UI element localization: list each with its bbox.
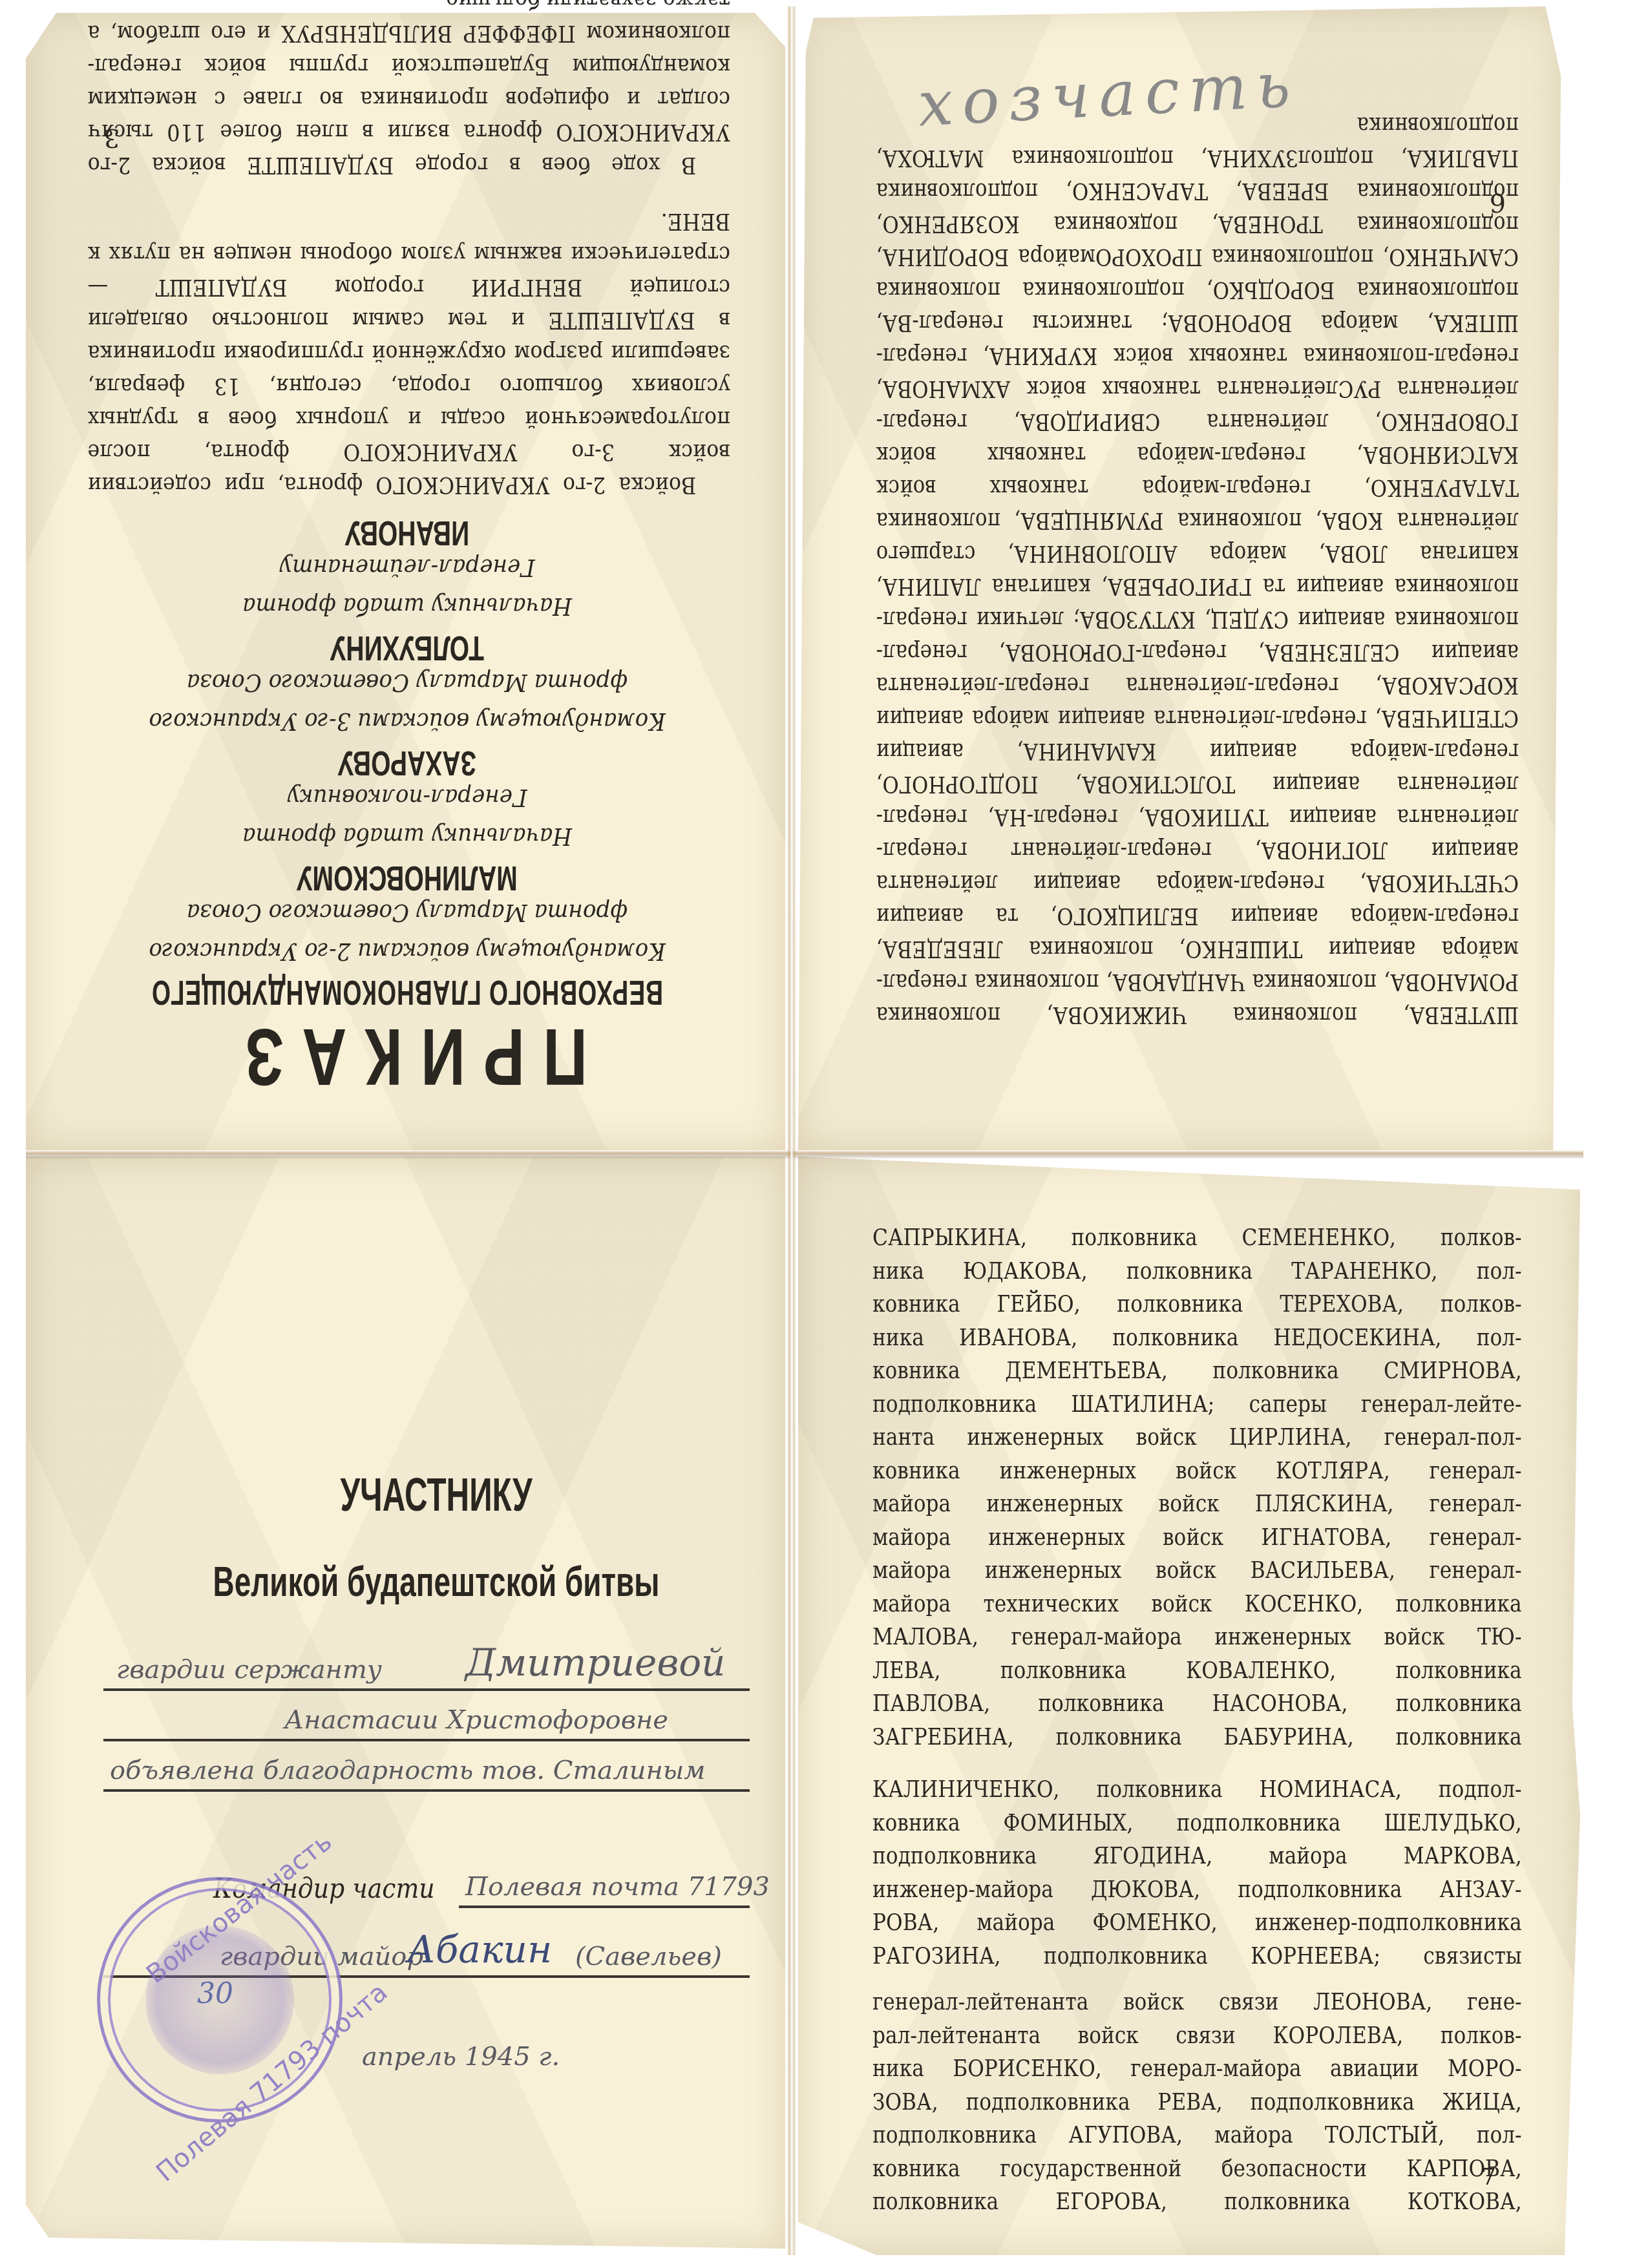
recipient-line-1: гвардии сержанту Дмитриевой: [103, 1641, 750, 1691]
order-title: ПРИКАЗ: [84, 1011, 730, 1103]
addressee-line: Командующему войсками 3-го Украинского: [116, 707, 698, 737]
official-stamp: Войсковая часть Полевая 71793 почта 30: [97, 1877, 343, 2123]
commander-underline: [459, 1906, 750, 1908]
addressee-line: фронта Маршалу Советского Союза: [116, 898, 698, 928]
addressee-line: Командующему войсками 2-го Украинского: [116, 937, 698, 967]
page-number: 3: [103, 123, 120, 152]
names-line: МАЛОВА, генерал-майора инженерных войск …: [872, 1621, 1522, 1654]
names-line: РАГОЗИНА, подполковника КОРНЕЕВА; связис…: [872, 1940, 1522, 1973]
addressee-block: Начальнику штаба фронта Генерал-лейтенан…: [84, 516, 730, 622]
names-line: ника БОРИСЕНКО, генерал-майора авиации М…: [872, 2052, 1522, 2086]
addressee-block: Командующему войсками 3-го Украинского ф…: [84, 631, 730, 737]
names-panel: САПРЫКИНА, полковника СЕМЕНЕНКО, полков-…: [872, 1221, 1522, 2229]
names-line: майора инженерных войск ИГНАТОВА, генера…: [872, 1521, 1522, 1555]
names-line: ЗОВА, подполковника РЕВА, подполковника …: [872, 2086, 1522, 2119]
names-line: КАЛИНИЧЕНКО, полковника НОМИНАСА, подпол…: [872, 1773, 1522, 1807]
names-line: ЛЕВА, полковника КОВАЛЕНКО, полковника: [872, 1654, 1522, 1688]
certificate-subheading: Великой будапештской битвы: [148, 1558, 725, 1606]
names-line: подполковника ЯГОДИНА, майора МАРКОВА,: [872, 1840, 1522, 1873]
addressee-line: фронта Маршалу Советского Союза: [116, 668, 698, 698]
names-text: ШУТЕЕВА, полковника ЧИЖИКОВА, полковника…: [876, 108, 1519, 1031]
names-line: майора инженерных войск ВАСИЛЬЕВА, генер…: [872, 1554, 1522, 1588]
recipient-surname: Дмитриевой: [465, 1641, 725, 1685]
names-line: ника ИВАНОВА, полковника НЕДОСЕКИНА, пол…: [872, 1321, 1522, 1355]
addressee-name: ЗАХАРОВУ: [132, 743, 682, 783]
names-line: РОВА, майора ФОМЕНКО, инженер-подполковн…: [872, 1906, 1522, 1940]
addressee-line: Генерал-лейтенанту: [116, 553, 698, 583]
names-line: ника ЮДАКОВА, полковника ТАРАНЕНКО, пол-: [872, 1255, 1522, 1288]
page-number: 7: [1481, 2164, 1496, 2190]
stamp-date: 30: [197, 1977, 233, 2010]
signature-name: (Савельев): [575, 1942, 722, 1971]
addressee-name: МАЛИНОВСКОМУ: [132, 858, 682, 898]
recipient-line-2: Анастасии Христофоровне: [103, 1691, 750, 1741]
names-line: ковника государственной безопасности КАР…: [872, 2152, 1522, 2186]
names-line: подполковника ШАТИЛИНА; саперы генерал-л…: [872, 1388, 1522, 1422]
signature: Абакин: [407, 1927, 552, 1971]
addressee-line: Генерал-полковнику: [116, 783, 698, 813]
addressee-line: Начальнику штаба фронта: [116, 822, 698, 852]
names-line: ЗАГРЕБИНА, полковника БАБУРИНА, полковни…: [872, 1721, 1522, 1754]
horizontal-fold-crease: [26, 1150, 1583, 1159]
addressee-block: Командующему войсками 2-го Украинского ф…: [84, 861, 730, 967]
addressee-name: ТОЛБУХИНУ: [132, 628, 682, 668]
names-line: генерал-лейтенанта войск связи ЛЕОНОВА, …: [872, 1986, 1522, 2019]
names-line: майора инженерных войск ПЛЯСКИНА, генера…: [872, 1487, 1522, 1521]
certificate-heading: УЧАСТНИКУ: [148, 1468, 725, 1522]
names-line: ковника ДЕМЕНТЬЕВА, полковника СМИРНОВА,: [872, 1354, 1522, 1388]
addressee-name: ИВАНОВУ: [132, 513, 682, 553]
order-subtitle: ВЕРХОВНОГО ГЛАВНОКОМАНДУЮЩЕГО: [132, 972, 682, 1011]
names-list: САПРЫКИНА, полковника СЕМЕНЕНКО, полков-…: [872, 1221, 1522, 2219]
names-line: ковника ФОМИНЫХ, подполковника ШЕЛУДЬКО,: [872, 1807, 1522, 1840]
recipient-line-3: объявлена благодарность тов. Сталиным: [103, 1741, 750, 1792]
vertical-fold-crease: [787, 6, 796, 2255]
names-panel-upside-down: ШУТЕЕВА, полковника ЧИЖИКОВА, полковника…: [872, 149, 1519, 1053]
names-line: нанта инженерных войск ЦИРЛИНА, генерал-…: [872, 1421, 1522, 1454]
recipient-first-names: Анастасии Христофоровне: [284, 1705, 668, 1735]
names-line: инженер-майора ДЮКОВА, подполковника АНЗ…: [872, 1873, 1522, 1907]
names-line: майора технических войск КОСЕНКО, полков…: [872, 1588, 1522, 1621]
names-line: ПАВЛОВА, полковника НАСОНОВА, полковника: [872, 1687, 1522, 1721]
names-line: САПРЫКИНА, полковника СЕМЕНЕНКО, полков-: [872, 1221, 1522, 1255]
names-line: ковника ГЕЙБО, полковника ТЕРЕХОВА, полк…: [872, 1288, 1522, 1321]
commendation-text: объявлена благодарность тов. Сталиным: [110, 1756, 705, 1785]
addressee-block: Начальнику штаба фронта Генерал-полковни…: [84, 746, 730, 852]
date-handwritten: апрель 1945 г.: [362, 2042, 560, 2193]
names-line: полковника ЕГОРОВА, полковника КОТКОВА,: [872, 2185, 1522, 2219]
field-post-handwritten: Полевая почта 71793: [465, 1872, 770, 1902]
names-line: подполковника АГУПОВА, майора ТОЛСТЫЙ, п…: [872, 2119, 1522, 2152]
names-line: рал-лейтенанта войск связи КОРОЛЕВА, пол…: [872, 2019, 1522, 2053]
order-panel: ПРИКАЗ ВЕРХОВНОГО ГЛАВНОКОМАНДУЮЩЕГО Ком…: [84, 129, 730, 1111]
page-number: 6: [1490, 187, 1506, 217]
recipient-rank: гвардии сержанту: [116, 1655, 382, 1685]
addressee-line: Начальнику штаба фронта: [116, 592, 698, 622]
order-paragraph-1: Войска 2-го УКРАИНСКОГО фронта, при соде…: [88, 205, 730, 501]
order-paragraph-2: В ходе боев в городе БУДАПЕШТЕ войска 2-…: [88, 0, 730, 182]
names-line: ковника инженерных войск КОТЛЯРА, генера…: [872, 1454, 1522, 1488]
